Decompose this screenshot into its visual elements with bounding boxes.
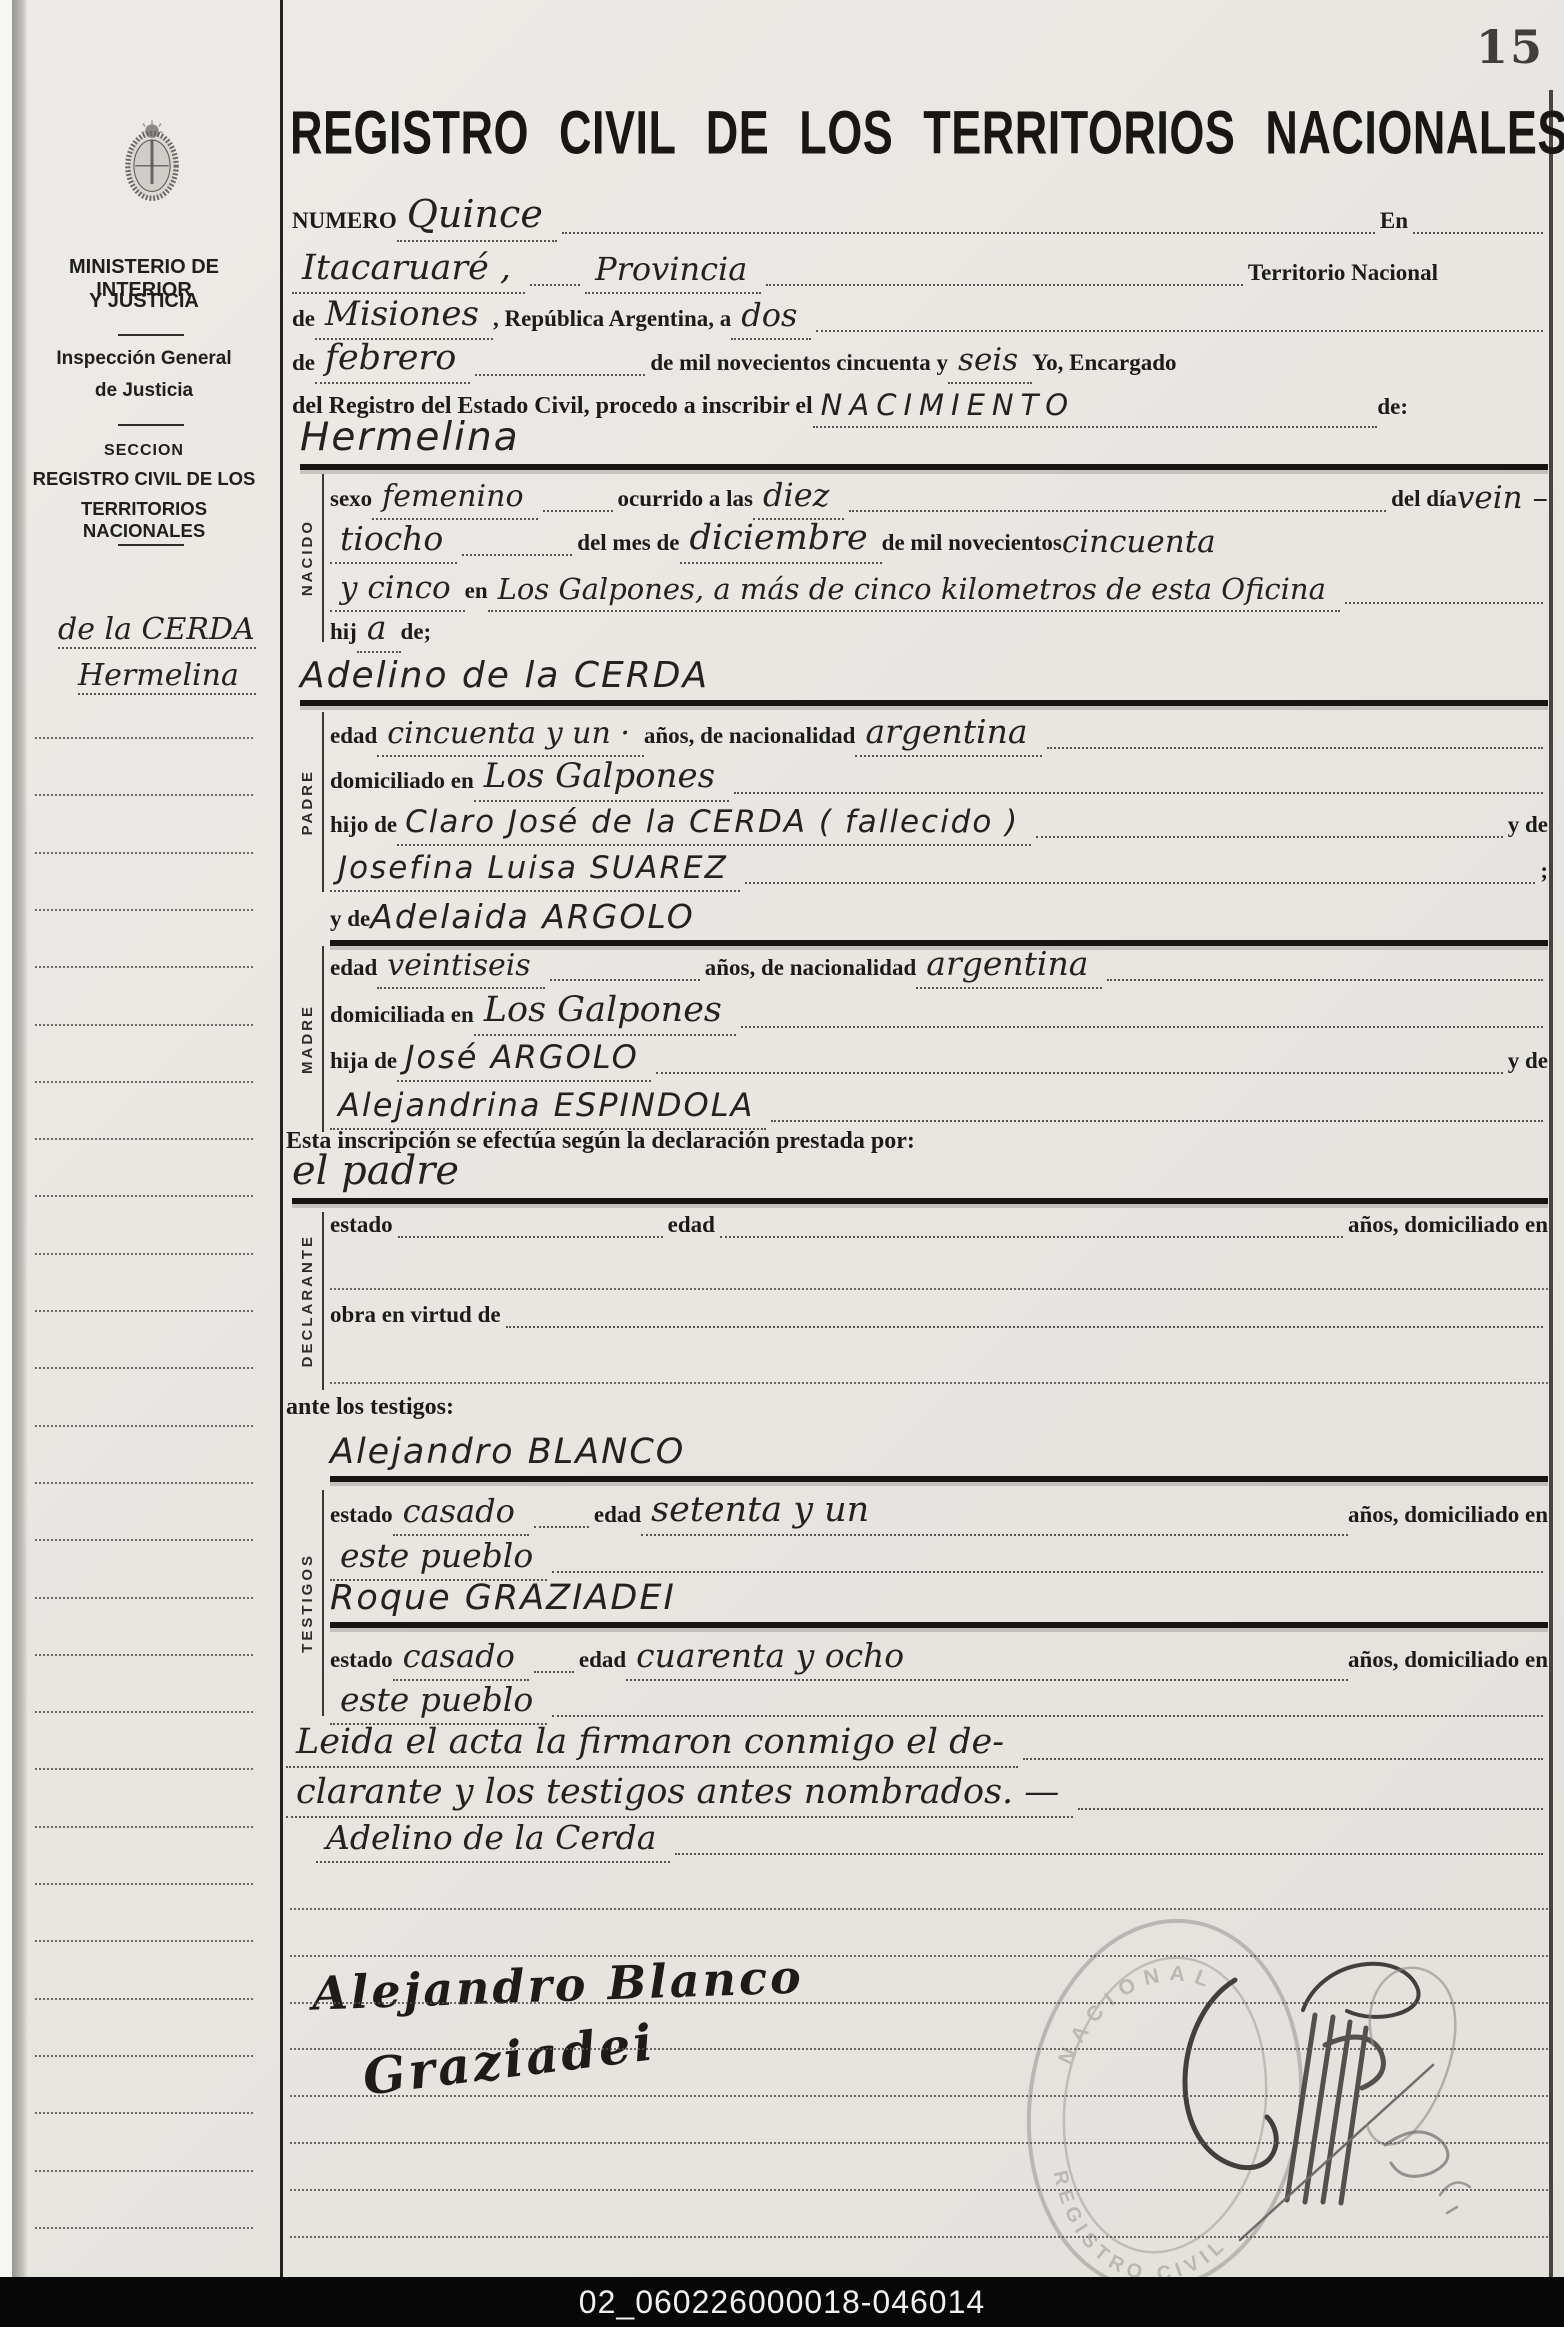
dotted-fill (534, 1671, 574, 1673)
scan-left-edge (0, 0, 12, 2327)
margin-divider-line (280, 0, 283, 2277)
anos-domiciliado-label: años, domiciliado en (1348, 1647, 1548, 1681)
dotted-fill (675, 1853, 1543, 1855)
sidebar-ministry-line2: Y JUSTICIA (20, 290, 268, 313)
dotted-fill (543, 510, 613, 512)
paternal-grandmother-row: Josefina Luisa SUAREZ ; (330, 850, 1548, 892)
ruled-dotted-line (35, 1081, 253, 1083)
ruled-dotted-line (35, 1195, 253, 1197)
estado-label: estado (330, 1212, 393, 1246)
domiciliada-label: domiciliada en (330, 1002, 474, 1036)
dotted-fill (398, 1236, 663, 1238)
father-nationality-value: argentina (855, 712, 1041, 757)
estado-label: estado (330, 1647, 393, 1681)
witness2-detail-row: estado casado edad cuarenta y ocho años,… (330, 1636, 1548, 1681)
en2-label: en (465, 578, 488, 612)
ruled-dotted-line (35, 794, 253, 796)
closing-line-2-row: clarante y los testigos antes nombrados.… (286, 1772, 1548, 1818)
edad-label: edad (668, 1212, 715, 1246)
mother-domicile-value: Los Galpones (474, 990, 736, 1036)
birth-year-part2: y cinco (330, 570, 465, 612)
maternal-grandmother-value: Alejandrina ESPINDOLA (330, 1086, 766, 1130)
father-age-row: edad cincuenta y un · años, de nacionali… (330, 712, 1548, 757)
witness2-signature: Graziadei (360, 2012, 659, 2106)
witness2-domicile: este pueblo (330, 1680, 547, 1725)
ruled-dotted-line (290, 1908, 1548, 1910)
ruled-dotted-line (290, 2189, 1548, 2191)
registered-name-row: Hermelina (300, 414, 1548, 470)
ruled-dotted-line (35, 966, 253, 968)
ruled-dotted-line (290, 2142, 1548, 2144)
day-value: dos (731, 296, 811, 340)
sidebar-rule-1 (118, 334, 184, 336)
section-rail-testigos: TESTIGOS (292, 1490, 324, 1716)
padre-label: PADRE (299, 769, 316, 835)
coat-of-arms-seal (118, 100, 186, 218)
edad-label: edad (579, 1647, 626, 1681)
domiciliado-label: domiciliado en (330, 768, 474, 802)
paternal-grandfather-row: hijo de Claro José de la CERDA ( falleci… (330, 804, 1548, 846)
declarant-signature-row: Adelino de la Cerda (286, 1818, 1548, 1863)
birth-month-value: diciembre (680, 518, 882, 564)
registered-name: Hermelina (300, 415, 520, 464)
maternal-grandfather-value: José ARGOLO (397, 1038, 651, 1082)
witness1-name: Alejandro BLANCO (330, 1432, 685, 1476)
de-label: de (292, 306, 315, 340)
birth-day-part1: vein – (1457, 480, 1548, 520)
maternal-grandfather-row: hija de José ARGOLO y de (330, 1038, 1548, 1082)
margin-note-givenname: Hermelina (78, 658, 256, 695)
de-semicolon-label: de; (401, 619, 432, 653)
declarante-label: DECLARANTE (299, 1234, 316, 1367)
edad-label: edad (330, 723, 377, 757)
dotted-fill (534, 1526, 589, 1528)
dotted-fill (552, 1715, 1543, 1717)
semicolon-label: ; (1540, 858, 1548, 892)
mother-age-value: veintiseis (377, 948, 544, 989)
witness1-signature: Alejandro Blanco (311, 1949, 804, 2020)
sexo-value: femenino (372, 479, 537, 520)
witness1-detail-row: estado casado edad setenta y un años, do… (330, 1490, 1548, 1536)
section-rail-declarante: DECLARANTE (292, 1212, 324, 1390)
ante-testigos-row: ante los testigos: (286, 1394, 1548, 1429)
ruled-dotted-line (35, 2112, 253, 2114)
blank-dotted-line (330, 1288, 1548, 1290)
numero-label: NUMERO (292, 208, 397, 242)
dotted-fill (745, 882, 1536, 884)
mother-nationality-value: argentina (916, 944, 1102, 989)
margin-note-surname: de la CERDA (58, 612, 256, 649)
place-row: Itacaruaré , Provincia Territorio Nacion… (292, 248, 1548, 294)
dotted-fill (741, 1026, 1543, 1028)
father-age-value: cincuenta y un · (377, 716, 644, 757)
father-name: Adelino de la CERDA (300, 655, 709, 700)
sidebar-rule-3 (118, 544, 184, 546)
anos-domiciliado-label: años, domiciliado en (1348, 1212, 1548, 1246)
witness2-domicile-row: este pueblo (330, 1680, 1548, 1725)
pen-scribbles (1185, 1964, 1470, 2240)
witness2-name: Roque GRAZIADEI (330, 1578, 676, 1622)
closing-line-2: clarante y los testigos antes nombrados.… (286, 1772, 1073, 1818)
ocurrido-label: ocurrido a las (618, 486, 753, 520)
madre-label: MADRE (299, 1004, 316, 1074)
numero-value: Quince (397, 192, 557, 242)
birth-year-part1: cincuenta (1062, 524, 1216, 564)
hij-label: hij (330, 619, 357, 653)
father-domicile-row: domiciliado en Los Galpones (330, 756, 1548, 802)
ruled-dotted-line (35, 1768, 253, 1770)
maternal-grandmother-row: Alejandrina ESPINDOLA (330, 1086, 1548, 1130)
sidebar-seccion-label: SECCION (20, 442, 268, 460)
page-number: 15 (1476, 20, 1544, 74)
father-name-row: Adelino de la CERDA (300, 650, 1548, 706)
dotted-fill (1036, 836, 1502, 838)
dotted-fill (771, 1120, 1543, 1122)
ruled-dotted-line (35, 1539, 253, 1541)
witness2-name-row: Roque GRAZIADEI (330, 1574, 1548, 1628)
sexo-row: sexo femenino ocurrido a las diez del dí… (330, 476, 1548, 520)
ruled-dotted-line (35, 1425, 253, 1427)
ruled-dotted-line (35, 1940, 253, 1942)
sidebar-seccion-line1: REGISTRO CIVIL DE LOS (20, 468, 268, 490)
ruled-dotted-line (35, 1310, 253, 1312)
father-domicile-value: Los Galpones (474, 756, 729, 802)
province-row: de Misiones , República Argentina, a dos (292, 294, 1548, 340)
paternal-grandmother-value: Josefina Luisa SUAREZ (330, 850, 740, 892)
sidebar-seccion-line2: TERRITORIOS NACIONALES (20, 498, 268, 542)
dotted-fill (1413, 232, 1543, 234)
estado-label: estado (330, 1502, 393, 1536)
dotted-fill (849, 510, 1387, 512)
section-rail-nacido: NACIDO (292, 474, 324, 642)
obra-row: obra en virtud de (330, 1302, 1548, 1336)
y-de-label: y de (1508, 812, 1548, 846)
dotted-fill (530, 284, 580, 286)
dotted-fill (462, 554, 572, 556)
ruled-dotted-line (35, 1138, 253, 1140)
dotted-fill (656, 1072, 1503, 1074)
testigos-label: TESTIGOS (299, 1553, 316, 1653)
scanned-birth-certificate: 15 MINISTERIO DE INTERIOR Y JUSTICIA Ins… (0, 0, 1564, 2327)
ruled-dotted-line (35, 1711, 253, 1713)
en-label: En (1380, 208, 1408, 242)
ruled-dotted-line (290, 2236, 1548, 2238)
witness1-estado: casado (393, 1492, 529, 1536)
de-label: de (292, 350, 315, 384)
hija-row: hij a de; (330, 608, 1548, 653)
place-value: Itacaruaré , (292, 248, 525, 294)
birth-day-row: tiocho del mes de diciembre de mil novec… (330, 518, 1548, 564)
dotted-fill (720, 1236, 1343, 1238)
witness2-edad: cuarenta y ocho (626, 1636, 1348, 1681)
dotted-fill (550, 979, 700, 981)
province-value: Misiones (315, 294, 493, 340)
mother-age-row: edad veintiseis años, de nacionalidad ar… (330, 944, 1548, 989)
ruled-dotted-line (290, 1955, 1548, 1957)
mil-novecientos-label: de mil novecientos cincuenta y (650, 350, 948, 384)
year-value: seis (948, 342, 1032, 384)
ruled-dotted-line (35, 1654, 253, 1656)
numero-row: NUMERO Quince En (292, 192, 1548, 242)
del-mes-label: del mes de (577, 530, 679, 564)
mother-name-row: y de Adelaida ARGOLO (330, 894, 1548, 946)
dotted-fill (1047, 747, 1543, 749)
scan-id: 02_060226000018-046014 (579, 2284, 985, 2321)
ruled-dotted-line (35, 737, 253, 739)
birth-place-value: Los Galpones, a más de cinco kilometros … (488, 572, 1340, 612)
ruled-dotted-line (290, 2002, 1548, 2004)
paternal-grandfather-value: Claro José de la CERDA ( fallecido ) (397, 804, 1031, 846)
del-dia-label: del día (1391, 486, 1457, 520)
witness1-name-row: Alejandro BLANCO (330, 1428, 1548, 1482)
hour-value: diez (753, 476, 844, 520)
hija-de-label: hija de (330, 1048, 397, 1082)
anos-domiciliado-label: años, domiciliado en (1348, 1502, 1548, 1536)
ruled-dotted-line (35, 1597, 253, 1599)
edad-label: edad (330, 955, 377, 989)
ruled-dotted-line (35, 1883, 253, 1885)
ruled-dotted-line (290, 2095, 1548, 2097)
hija-suffix: a (357, 608, 401, 653)
dotted-fill (1107, 979, 1543, 981)
hijo-de-label: hijo de (330, 812, 397, 846)
dotted-fill (1023, 1758, 1543, 1760)
ruled-dotted-line (35, 852, 253, 854)
dotted-fill (506, 1326, 1543, 1328)
ruled-dotted-line (35, 2055, 253, 2057)
dotted-fill (1078, 1808, 1543, 1810)
ante-testigos-label: ante los testigos: (286, 1394, 454, 1429)
month-value: febrero (315, 338, 470, 384)
ruled-dotted-line (35, 1253, 253, 1255)
provincia-value: Provincia (585, 250, 761, 294)
edad-label: edad (594, 1502, 641, 1536)
dotted-fill (734, 792, 1543, 794)
declarant-row: el padre (292, 1146, 1548, 1204)
territorio-label: Territorio Nacional (1248, 260, 1438, 294)
declarant-estado-row: estado edad años, domiciliado en (330, 1212, 1548, 1246)
mother-name: Adelaida ARGOLO (370, 897, 694, 940)
ruled-dotted-line (290, 2048, 1548, 2050)
scan-footer-bar: 02_060226000018-046014 (0, 2277, 1564, 2327)
closing-line-1: Leida el acta la firmaron conmigo el de- (286, 1722, 1018, 1768)
mil-nov-label: de mil novecientos (882, 530, 1062, 564)
blank-dotted-line (330, 1382, 1548, 1384)
ruled-dotted-line (35, 1826, 253, 1828)
y-de-label: y de (1508, 1048, 1548, 1082)
month-row: de febrero de mil novecientos cincuenta … (292, 338, 1548, 384)
ruled-dotted-line (35, 1024, 253, 1026)
witness2-estado: casado (393, 1637, 529, 1681)
sidebar-inspeccion-line2: de Justicia (20, 380, 268, 402)
dotted-fill (816, 330, 1543, 332)
declarant-signature: Adelino de la Cerda (316, 1818, 670, 1863)
form-title: REGISTRO CIVIL DE LOS TERRITORIOS NACION… (290, 98, 1564, 168)
ruled-dotted-line (35, 2170, 253, 2172)
nacionalidad-label: años, de nacionalidad (705, 955, 917, 989)
nacido-label: NACIDO (299, 519, 316, 596)
dotted-fill (766, 284, 1243, 286)
republica-label: , República Argentina, a (493, 306, 731, 340)
ruled-dotted-line (35, 1482, 253, 1484)
ruled-dotted-line (35, 1367, 253, 1369)
dotted-fill (1345, 602, 1543, 604)
sidebar-inspeccion-line1: Inspección General (20, 348, 268, 370)
ruled-dotted-line (35, 909, 253, 911)
nacionalidad-label: años, de nacionalidad (644, 723, 856, 757)
section-rail-padre: PADRE (292, 712, 324, 892)
dotted-fill (475, 374, 645, 376)
yo-encargado-label: Yo, Encargado (1032, 350, 1176, 384)
obra-label: obra en virtud de (330, 1302, 501, 1336)
closing-line-1-row: Leida el acta la firmaron conmigo el de- (286, 1722, 1548, 1768)
section-rail-madre: MADRE (292, 946, 324, 1132)
dotted-fill (562, 232, 1375, 234)
ruled-dotted-line (35, 2227, 253, 2229)
ruled-dotted-line (35, 1998, 253, 2000)
birth-day-part2: tiocho (330, 519, 457, 564)
dotted-fill (552, 1571, 1543, 1573)
birth-place-row: y cinco en Los Galpones, a más de cinco … (330, 570, 1548, 612)
witness1-edad: setenta y un (641, 1490, 1348, 1536)
sidebar-rule-2 (118, 424, 184, 426)
declarant-value: el padre (292, 1148, 459, 1198)
sexo-label: sexo (330, 486, 372, 520)
y-de-label: y de (330, 906, 370, 940)
mother-domicile-row: domiciliada en Los Galpones (330, 990, 1548, 1036)
